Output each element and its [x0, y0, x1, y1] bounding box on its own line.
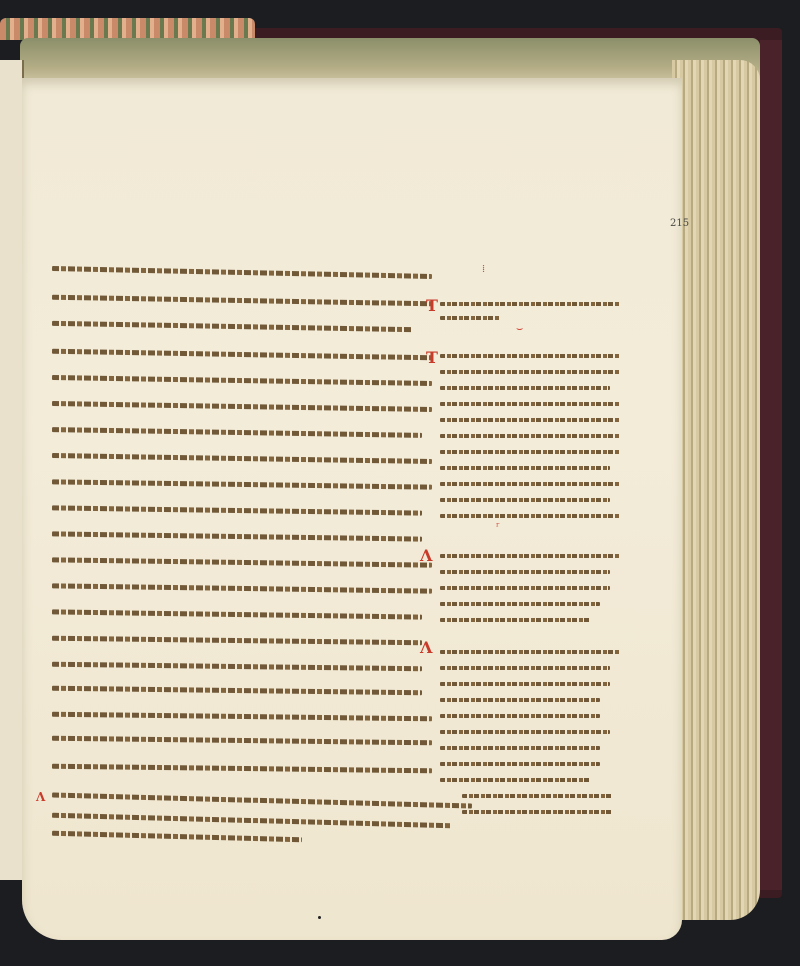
folio-number: 215	[670, 218, 689, 229]
rubric-initial-lambda-2: Λ	[420, 638, 432, 657]
page-block-fore-edge	[672, 60, 760, 920]
rubric-initial-t-2: T	[426, 348, 438, 367]
scholion-number-mark: ⁞	[482, 262, 485, 275]
headband	[0, 18, 255, 40]
verso-page-edge	[0, 60, 24, 880]
rubric-initial-lambda-3: Λ	[36, 790, 45, 804]
ink-speck	[318, 916, 321, 919]
rubric-initial-t-1: T	[426, 296, 438, 315]
cover-edge	[760, 40, 782, 890]
scholion-number-mark: ⌣	[516, 322, 523, 336]
manuscript-page: T T Λ Λ Λ ⁞ ⌣ ʳ 215	[22, 78, 682, 940]
scholion-number-mark: ʳ	[496, 520, 500, 533]
rubric-initial-lambda-1: Λ	[420, 546, 432, 565]
